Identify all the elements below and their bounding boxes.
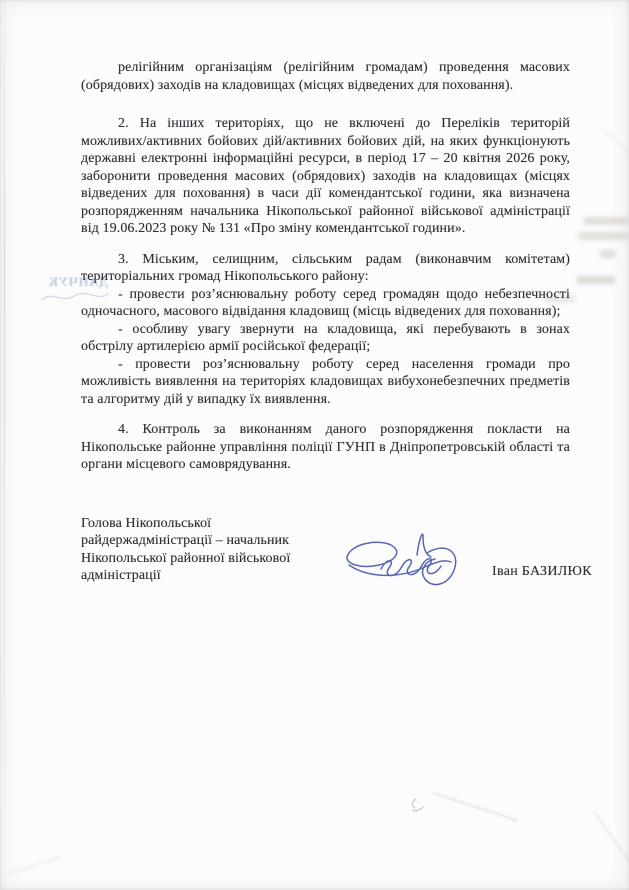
clause-3-lead: 3. Міським, селищним, сільським радам (в… <box>81 251 570 286</box>
handwritten-signature <box>341 527 463 593</box>
scan-streak <box>9 856 61 874</box>
signer-title-line: Голова Нікопольської <box>81 515 570 533</box>
clause-3-item: - особливу увагу звернути на кладовища, … <box>81 321 570 356</box>
bleed-through-mark <box>583 217 629 225</box>
bleed-through-mark <box>576 276 616 284</box>
clause-3-item: - провести роз’яснювальну роботу серед н… <box>81 356 570 409</box>
signature-block: Голова Нікопольської райдержадміністраці… <box>81 515 570 595</box>
clause-3-item: - провести роз’яснювальну роботу серед г… <box>81 286 570 321</box>
scanned-document-page: ДАНЧУК релігійним організаціям (релігійн… <box>0 0 629 890</box>
bleed-through-mark <box>600 250 616 258</box>
signer-title-line: райдержадміністрації – начальник <box>81 532 570 550</box>
scan-streak <box>600 127 629 154</box>
scan-streak <box>594 812 629 862</box>
document-body: релігійним організаціям (релігійним гром… <box>81 59 570 595</box>
clause-3: 3. Міським, селищним, сільським радам (в… <box>81 251 570 409</box>
scan-edge-artifact <box>4 0 5 890</box>
clause-2: 2. На інших територіях, що не включені д… <box>81 115 570 238</box>
paragraph-continuation: релігійним організаціям (релігійним гром… <box>81 59 570 94</box>
bleed-through-mark <box>578 232 629 240</box>
scan-streak <box>434 792 518 821</box>
signer-name: Іван БАЗИЛЮК <box>492 563 592 581</box>
stray-pen-mark <box>406 795 432 817</box>
clause-4: 4. Контроль за виконанням даного розпоря… <box>81 421 570 474</box>
